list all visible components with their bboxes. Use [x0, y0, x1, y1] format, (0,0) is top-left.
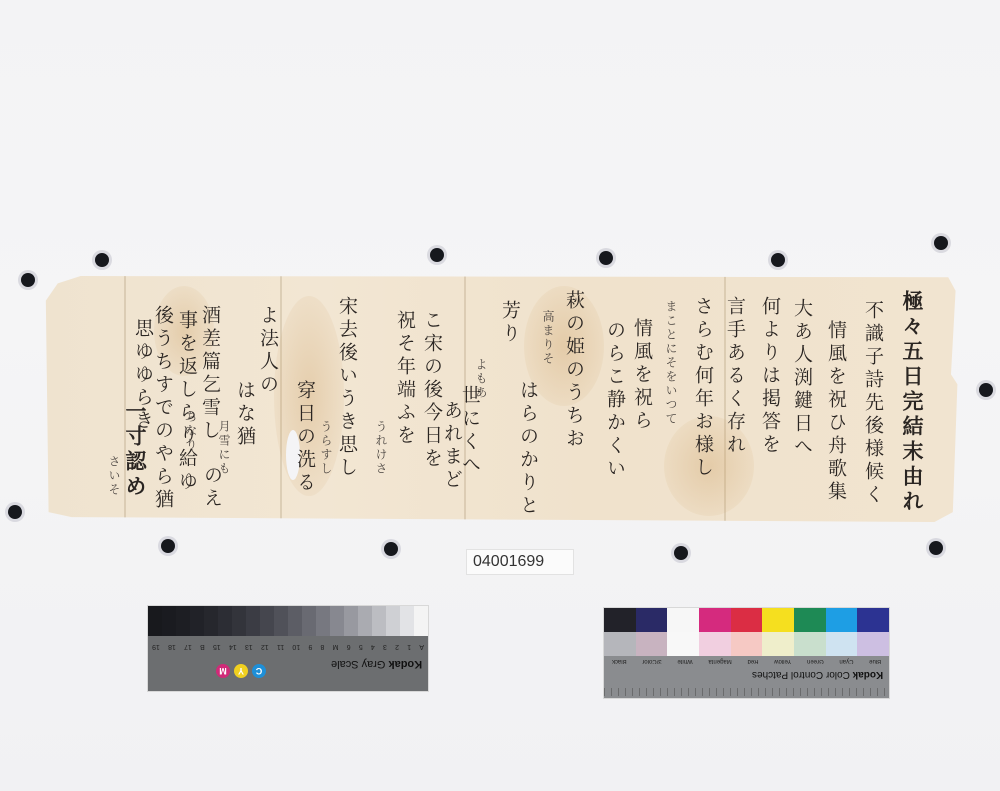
gray-step — [274, 606, 288, 636]
text-column: のらこ静かくい — [605, 320, 624, 481]
patch-label: Red — [747, 658, 758, 664]
text-column: 何よりは掲答を — [760, 296, 779, 457]
gray-step — [190, 606, 204, 636]
gray-steps — [148, 606, 428, 636]
pin-icon — [95, 253, 109, 267]
text-column: 穿日の洗る — [295, 380, 314, 495]
color-patch — [699, 608, 731, 632]
color-patch — [762, 608, 794, 632]
gray-card-title: Kodak Gray Scale — [331, 658, 422, 670]
color-patch-tint — [699, 632, 731, 656]
gray-step — [386, 606, 400, 636]
patch-label: Magenta — [708, 658, 731, 664]
gray-step — [176, 606, 190, 636]
color-patch — [731, 608, 763, 632]
text-column: 祝そ年端ふを — [395, 310, 414, 448]
gray-step — [302, 606, 316, 636]
step-label: 4 — [371, 638, 375, 650]
gray-step — [414, 606, 428, 636]
pin-icon — [979, 383, 993, 397]
text-column: さらむ何年お様し — [693, 296, 712, 480]
gray-step — [162, 606, 176, 636]
pin-icon — [161, 539, 175, 553]
color-patch-tint — [731, 632, 763, 656]
patch-label: 3/Color — [642, 658, 661, 664]
step-label: B — [200, 638, 205, 650]
pin-icon — [771, 253, 785, 267]
step-label: 8 — [321, 638, 325, 650]
step-label: 9 — [308, 638, 312, 650]
text-column: まことにそをいつて — [665, 300, 677, 426]
patch-label: Blue — [869, 658, 881, 664]
text-column: 言手あるく存れ — [725, 296, 744, 457]
step-label: 1 — [407, 638, 411, 650]
gray-step — [316, 606, 330, 636]
pin-icon — [929, 541, 943, 555]
kodak-color-control-card: BlueCyanGreenYellowRedMagentaWhite3/Colo… — [603, 607, 890, 699]
cmy-dot: M — [216, 664, 230, 678]
step-label: 17 — [184, 638, 192, 650]
color-card-title: Kodak Color Control Patches — [752, 669, 883, 680]
text-column: よ法人の — [258, 305, 277, 397]
cmy-dot: C — [252, 664, 266, 678]
color-patch-tint — [636, 632, 668, 656]
color-patch-tint — [794, 632, 826, 656]
pin-icon — [21, 273, 35, 287]
catalog-label: 04001699 — [466, 549, 574, 575]
step-label: 10 — [292, 638, 300, 650]
patch-label: Yellow — [774, 658, 791, 664]
cmy-dot: Y — [234, 664, 248, 678]
step-label: A — [419, 638, 424, 650]
color-patch-tint — [826, 632, 858, 656]
patch-label: Green — [807, 658, 824, 664]
text-column: 宋去後いうき思し — [337, 296, 356, 480]
pin-icon — [599, 251, 613, 265]
step-label: 11 — [277, 638, 284, 650]
patch-label: Cyan — [839, 658, 853, 664]
catalog-number: 04001699 — [473, 553, 544, 571]
text-column: はな猶 — [235, 380, 254, 449]
gray-step — [260, 606, 274, 636]
text-column: 芳り — [500, 300, 519, 346]
gray-step — [330, 606, 344, 636]
color-patch-tint — [857, 632, 889, 656]
text-column: 情風を祝ら — [632, 318, 651, 433]
gray-step — [246, 606, 260, 636]
step-label: 13 — [245, 638, 253, 650]
step-label: 2 — [395, 638, 399, 650]
text-column: 高まりそ — [542, 310, 554, 366]
color-patch — [826, 608, 858, 632]
cmy-dots: MYC — [216, 664, 266, 678]
text-column: 酒差篇乞雪し — [200, 305, 219, 443]
gray-step — [288, 606, 302, 636]
step-label: 3 — [383, 638, 387, 650]
step-label: 6 — [347, 638, 351, 650]
step-label: M — [333, 638, 339, 650]
color-patches-saturated — [604, 608, 889, 632]
color-patches-tint — [604, 632, 889, 656]
text-column: さいそ — [108, 455, 120, 497]
step-label: 18 — [168, 638, 176, 650]
gray-step — [358, 606, 372, 636]
text-column: うれけさ — [375, 420, 387, 476]
text-column: 極々五日完結末由れ — [902, 290, 923, 515]
step-label: 12 — [261, 638, 269, 650]
color-patch — [604, 608, 636, 632]
brand-name: Kodak — [388, 658, 422, 670]
color-patch-tint — [667, 632, 699, 656]
gray-step — [400, 606, 414, 636]
card-name: Color Control Patches — [752, 669, 850, 680]
gray-step-labels: A123456M89101112131415B171819 — [148, 638, 428, 650]
text-column: はらのかりと — [518, 380, 537, 518]
text-column: 不識子詩先後様候く — [863, 300, 882, 507]
color-patch — [794, 608, 826, 632]
step-label: 14 — [229, 638, 237, 650]
pin-icon — [674, 546, 688, 560]
color-patch-tint — [762, 632, 794, 656]
text-column: こ宋の後今日を — [422, 310, 441, 471]
step-label: 15 — [213, 638, 221, 650]
card-name: Gray Scale — [331, 658, 385, 670]
ruler — [604, 688, 889, 696]
step-label: 5 — [359, 638, 363, 650]
text-column: 萩の姫のうちお — [564, 290, 583, 451]
text-column: 後うちすでのやら猶 — [153, 305, 172, 512]
color-patch — [857, 608, 889, 632]
text-column: 一寸認め — [125, 400, 146, 500]
color-patch-tint — [604, 632, 636, 656]
text-column: 事を返しらり給ゆ — [177, 310, 196, 494]
gray-step — [344, 606, 358, 636]
pin-icon — [384, 542, 398, 556]
text-column: のえ — [202, 465, 221, 511]
gray-step — [218, 606, 232, 636]
step-label: 19 — [152, 638, 160, 650]
patch-label: Black — [612, 658, 627, 664]
gray-step — [148, 606, 162, 636]
gray-step — [372, 606, 386, 636]
color-patch — [636, 608, 668, 632]
gray-step — [232, 606, 246, 636]
pin-icon — [8, 505, 22, 519]
text-column: あれまど — [442, 400, 461, 492]
kodak-gray-scale-card: A123456M89101112131415B171819 MYC Kodak … — [147, 605, 429, 692]
gray-step — [204, 606, 218, 636]
pin-icon — [430, 248, 444, 262]
text-column: うらすし — [320, 420, 332, 476]
brand-name: Kodak — [852, 669, 883, 680]
patch-labels: BlueCyanGreenYellowRedMagentaWhite3/Colo… — [604, 656, 889, 666]
text-column: 大あ人渕鍵日へ — [792, 298, 811, 459]
color-patch — [667, 608, 699, 632]
text-column: 情風を祝ひ舟歌集 — [826, 320, 845, 504]
patch-label: White — [677, 658, 692, 664]
pin-icon — [934, 236, 948, 250]
